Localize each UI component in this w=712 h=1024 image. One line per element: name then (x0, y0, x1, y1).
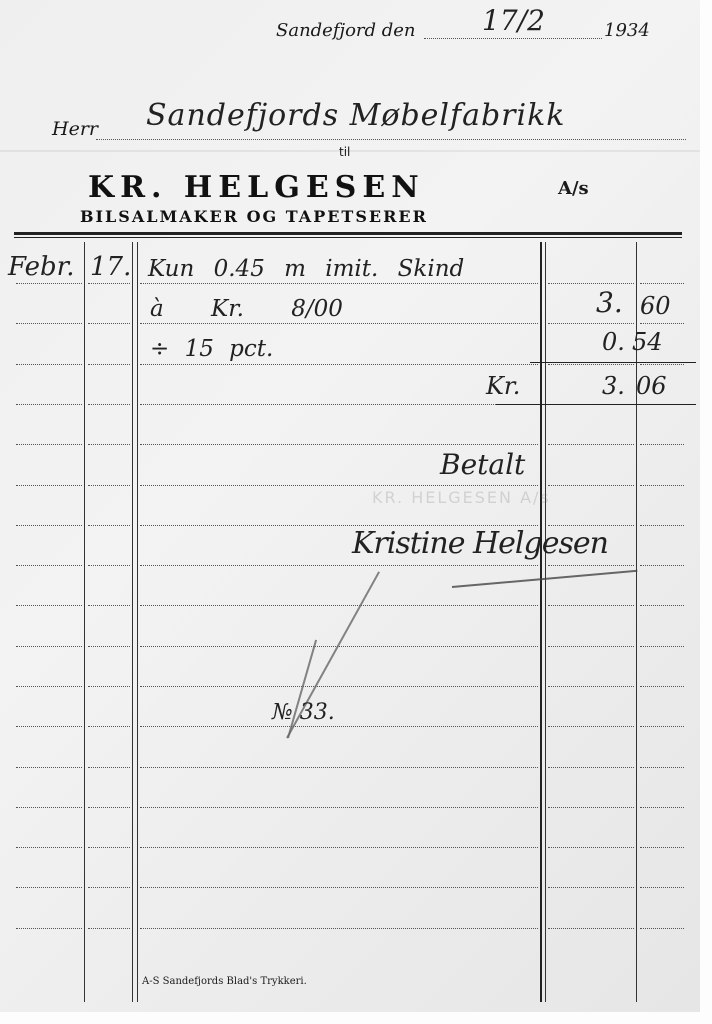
ruled-line-segment (140, 485, 538, 486)
ledger-line-3-kr: 0. (602, 328, 625, 356)
ruled-line-segment (548, 847, 634, 848)
ruled-line-segment (548, 686, 634, 687)
ruled-line-segment (548, 726, 634, 727)
ruled-line-segment (640, 605, 684, 606)
ruled-line-segment (88, 807, 130, 808)
ruled-line-segment (16, 525, 82, 526)
ruled-line-segment (640, 565, 684, 566)
ruled-line-segment (548, 323, 634, 324)
ruled-line-segment (16, 444, 82, 445)
column-divider-kr-a (540, 242, 542, 1002)
ledger-line-2-ore: 60 (640, 292, 671, 320)
ruled-line-segment (88, 686, 130, 687)
place-label: Sandefjord den (276, 20, 416, 41)
ruled-line-segment (88, 605, 130, 606)
ruled-line-segment (640, 646, 684, 647)
ruled-line-segment (16, 646, 82, 647)
total-ore: 06 (636, 372, 667, 400)
ruled-line-segment (640, 525, 684, 526)
ruled-line-segment (140, 807, 538, 808)
ledger-line-2-text: à Kr. 8/00 (150, 296, 343, 322)
column-divider-kr-b (545, 242, 546, 1002)
ruled-line-segment (88, 928, 130, 929)
ruled-line-segment (640, 283, 684, 284)
ruled-line-segment (640, 323, 684, 324)
column-divider-text-a (132, 242, 133, 1002)
company-trade: BILSALMAKER OG TAPETSERER (80, 207, 428, 226)
ledger-line-2-kr: 3. (596, 286, 623, 319)
ruled-line-segment (548, 767, 634, 768)
ruled-line-segment (140, 565, 538, 566)
ruled-line-segment (140, 283, 538, 284)
ruled-line-segment (140, 444, 538, 445)
column-divider-text-b (137, 242, 138, 1002)
ruled-line-segment (640, 928, 684, 929)
ruled-line-segment (140, 364, 538, 365)
ruled-line-segment (548, 565, 634, 566)
signature: Kristine Helgesen (352, 526, 608, 561)
paid-note: Betalt (440, 448, 525, 481)
year: 1934 (604, 20, 650, 41)
ruled-line-segment (88, 283, 130, 284)
ruled-line-segment (640, 767, 684, 768)
ruled-line-segment (16, 726, 82, 727)
ledger-line-1-text: Kun 0.45 m imit. Skind (148, 256, 464, 282)
header-rule-thin (14, 237, 682, 238)
ruled-line-segment (88, 887, 130, 888)
ruled-line-segment (16, 323, 82, 324)
ruled-line-segment (640, 807, 684, 808)
recipient-handwritten: Sandefjords Møbelfabrikk (146, 98, 565, 133)
ruled-line-segment (640, 485, 684, 486)
ruled-line-segment (140, 686, 538, 687)
ruled-line-segment (88, 767, 130, 768)
ruled-line-segment (88, 565, 130, 566)
ruled-line-segment (88, 323, 130, 324)
ruled-line-segment (640, 887, 684, 888)
ruled-line-segment (548, 485, 634, 486)
ruled-line-segment (140, 726, 538, 727)
ruled-line-segment (640, 847, 684, 848)
ruled-line-segment (140, 767, 538, 768)
ledger-line-3-text: ÷ 15 pct. (150, 336, 273, 362)
ruled-line-segment (88, 485, 130, 486)
ruled-line-segment (16, 283, 82, 284)
column-divider-ore (636, 242, 637, 1002)
ruled-line-segment (16, 928, 82, 929)
ruled-line-segment (16, 364, 82, 365)
ruled-line-segment (16, 887, 82, 888)
ruled-line-segment (16, 767, 82, 768)
ruled-line-segment (16, 404, 82, 405)
ruled-line-segment (140, 404, 538, 405)
ruled-line-segment (140, 928, 538, 929)
recipient-prefix: Herr (52, 118, 98, 140)
ledger-line-3-ore: 54 (632, 328, 663, 356)
ruled-line-segment (16, 807, 82, 808)
ruled-line-segment (140, 323, 538, 324)
ruled-line-segment (88, 444, 130, 445)
ruled-line-segment (16, 686, 82, 687)
ruled-line-segment (88, 525, 130, 526)
column-divider-day (84, 242, 85, 1002)
pencil-note: № 33. (272, 700, 335, 725)
date-dotted-line (424, 38, 602, 39)
ruled-line-segment (140, 605, 538, 606)
ruled-line-segment (548, 444, 634, 445)
company-stamp: KR. HELGESEN A/s (372, 488, 551, 507)
ruled-line-segment (88, 847, 130, 848)
ruled-line-segment (88, 404, 130, 405)
ruled-line-segment (88, 726, 130, 727)
ruled-line-segment (640, 444, 684, 445)
ruled-line-segment (548, 605, 634, 606)
company-name: KR. HELGESEN (88, 170, 425, 205)
ruled-line-segment (548, 887, 634, 888)
ruled-line-segment (640, 686, 684, 687)
ruled-line-segment (548, 364, 634, 365)
ruled-line-segment (88, 364, 130, 365)
ruled-line-segment (16, 485, 82, 486)
ruled-line-segment (548, 646, 634, 647)
til-label: til (339, 145, 350, 159)
ruled-line-segment (16, 847, 82, 848)
date-handwritten: 17/2 (482, 4, 545, 37)
ledger-month: Febr. (8, 252, 75, 282)
total-currency: Kr. (486, 372, 520, 400)
ruled-line-segment (548, 807, 634, 808)
ruled-line-segment (16, 605, 82, 606)
ruled-line-segment (140, 847, 538, 848)
ruled-line-segment (88, 646, 130, 647)
ruled-line-segment (16, 565, 82, 566)
header-rule (14, 232, 682, 235)
ruled-line-segment (548, 928, 634, 929)
ledger-day: 17. (90, 252, 131, 282)
total-underline (496, 404, 696, 405)
ruled-line-segment (640, 726, 684, 727)
printer-imprint: A-S Sandefjords Blad's Trykkeri. (142, 976, 307, 987)
subtotal-rule (530, 362, 696, 363)
ruled-line-segment (548, 283, 634, 284)
company-suffix: A/s (558, 178, 589, 199)
ruled-line-segment (140, 887, 538, 888)
recipient-dotted-line (96, 139, 686, 140)
ruled-line-segment (640, 364, 684, 365)
total-kr: 3. (602, 372, 625, 400)
